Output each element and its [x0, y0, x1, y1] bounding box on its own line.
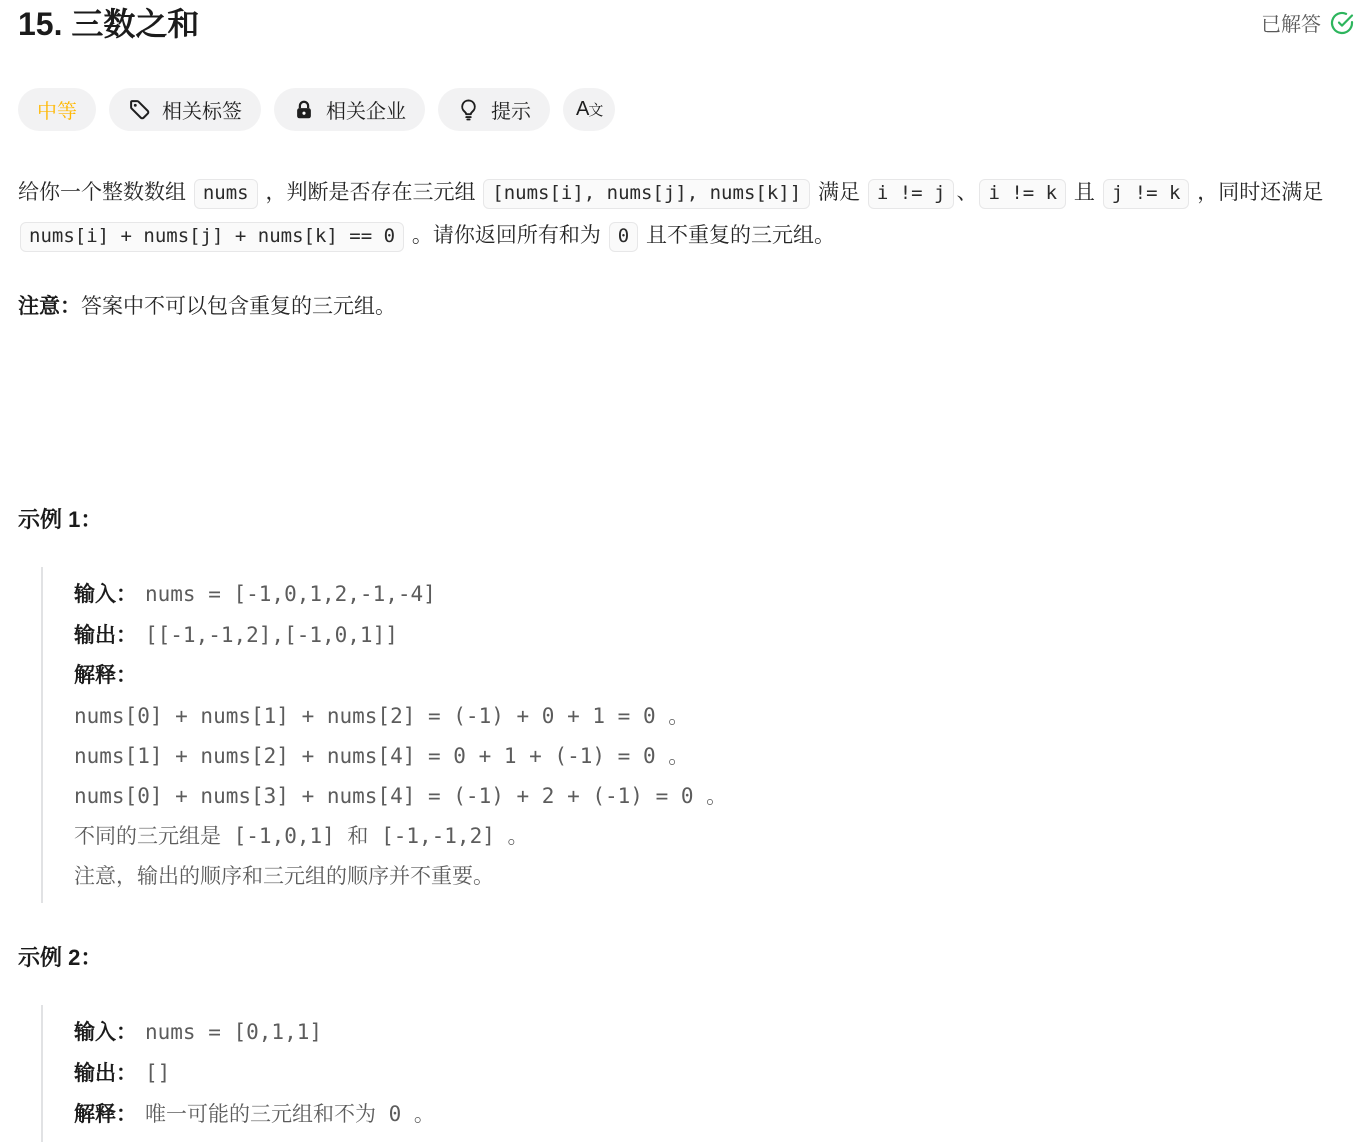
input-label: 输入：	[74, 583, 137, 606]
solved-status-badge[interactable]: 已解答	[1261, 8, 1354, 37]
translate-toggle-button[interactable]: A文	[563, 88, 615, 131]
desc-text: ，判断是否存在三元组	[260, 181, 482, 204]
example-1-input-line: 输入：nums = [-1,0,1,2,-1,-4]	[74, 574, 1354, 615]
desc-text: 满足	[812, 181, 866, 204]
note-text: 答案中不可以包含重复的三元组。	[81, 295, 396, 318]
explain-line: 不同的三元组是 [-1,0,1] 和 [-1,-1,2] 。	[74, 816, 1354, 856]
example-1-output-line: 输出：[[-1,-1,2],[-1,0,1]]	[74, 615, 1354, 656]
explain-line: nums[0] + nums[1] + nums[2] = (-1) + 0 +…	[74, 696, 1354, 736]
example-2-block: 输入：nums = [0,1,1] 输出：[] 解释：唯一可能的三元组和不为 0…	[41, 1005, 1354, 1142]
problem-description: 给你一个整数数组 nums ，判断是否存在三元组 [nums[i], nums[…	[18, 171, 1354, 257]
output-value: [[-1,-1,2],[-1,0,1]]	[145, 623, 398, 647]
example-1-explain-label-line: 解释：	[74, 656, 1354, 696]
inline-code: i != k	[979, 179, 1066, 209]
explain-label: 解释：	[74, 664, 137, 687]
related-tags-label: 相关标签	[162, 95, 242, 124]
example-1-heading: 示例 1：	[18, 503, 1354, 534]
output-value: []	[145, 1061, 170, 1085]
tag-icon	[128, 98, 151, 121]
lightbulb-icon	[457, 98, 480, 121]
example-2-explain-line: 解释：唯一可能的三元组和不为 0 。	[74, 1094, 1354, 1135]
related-companies-button[interactable]: 相关企业	[274, 88, 425, 131]
desc-text: ，同时还满足	[1191, 181, 1323, 204]
difficulty-label: 中等	[37, 95, 77, 124]
inline-code: j != k	[1103, 179, 1190, 209]
example-2-input-line: 输入：nums = [0,1,1]	[74, 1012, 1354, 1053]
desc-text: 给你一个整数数组	[18, 181, 192, 204]
desc-text: 且	[1068, 181, 1101, 204]
inline-code: nums	[194, 179, 258, 209]
inline-code: [nums[i], nums[j], nums[k]]	[483, 179, 810, 209]
output-label: 输出：	[74, 624, 137, 647]
difficulty-badge[interactable]: 中等	[18, 88, 96, 131]
hint-button[interactable]: 提示	[438, 88, 550, 131]
example-2-heading: 示例 2：	[18, 941, 1354, 972]
input-value: nums = [0,1,1]	[145, 1020, 322, 1044]
inline-code: i != j	[868, 179, 955, 209]
desc-text: 且不重复的三元组。	[640, 224, 835, 247]
translate-icon: A文	[576, 98, 602, 121]
example-1-block: 输入：nums = [-1,0,1,2,-1,-4] 输出：[[-1,-1,2]…	[41, 567, 1354, 903]
related-companies-label: 相关企业	[326, 95, 406, 124]
input-value: nums = [-1,0,1,2,-1,-4]	[145, 582, 436, 606]
explain-line: nums[1] + nums[2] + nums[4] = 0 + 1 + (-…	[74, 736, 1354, 776]
desc-text: 。请你返回所有和为	[406, 224, 607, 247]
problem-header: 15. 三数之和 已解答	[18, 0, 1354, 48]
explain-line: nums[0] + nums[3] + nums[4] = (-1) + 2 +…	[74, 776, 1354, 816]
explain-line: 注意，输出的顺序和三元组的顺序并不重要。	[74, 856, 1354, 896]
related-tags-button[interactable]: 相关标签	[109, 88, 261, 131]
explain-value: 唯一可能的三元组和不为 0 。	[145, 1102, 435, 1126]
desc-text: 、	[956, 181, 977, 204]
note-paragraph: 注意：答案中不可以包含重复的三元组。	[18, 289, 1354, 325]
lock-icon	[293, 99, 315, 121]
problem-page: 15. 三数之和 已解答 中等 相关标签	[0, 0, 1372, 1142]
example-2-output-line: 输出：[]	[74, 1053, 1354, 1094]
inline-code: 0	[609, 222, 638, 252]
page-title: 15. 三数之和	[18, 0, 199, 48]
note-label: 注意：	[18, 295, 81, 318]
output-label: 输出：	[74, 1062, 137, 1085]
solved-status-label: 已解答	[1261, 8, 1321, 37]
input-label: 输入：	[74, 1021, 137, 1044]
hint-label: 提示	[491, 95, 531, 124]
explain-label: 解释：	[74, 1103, 137, 1126]
badges-row: 中等 相关标签 相关企业	[18, 88, 1354, 131]
inline-code: nums[i] + nums[j] + nums[k] == 0	[20, 222, 404, 252]
check-circle-icon	[1330, 11, 1354, 35]
